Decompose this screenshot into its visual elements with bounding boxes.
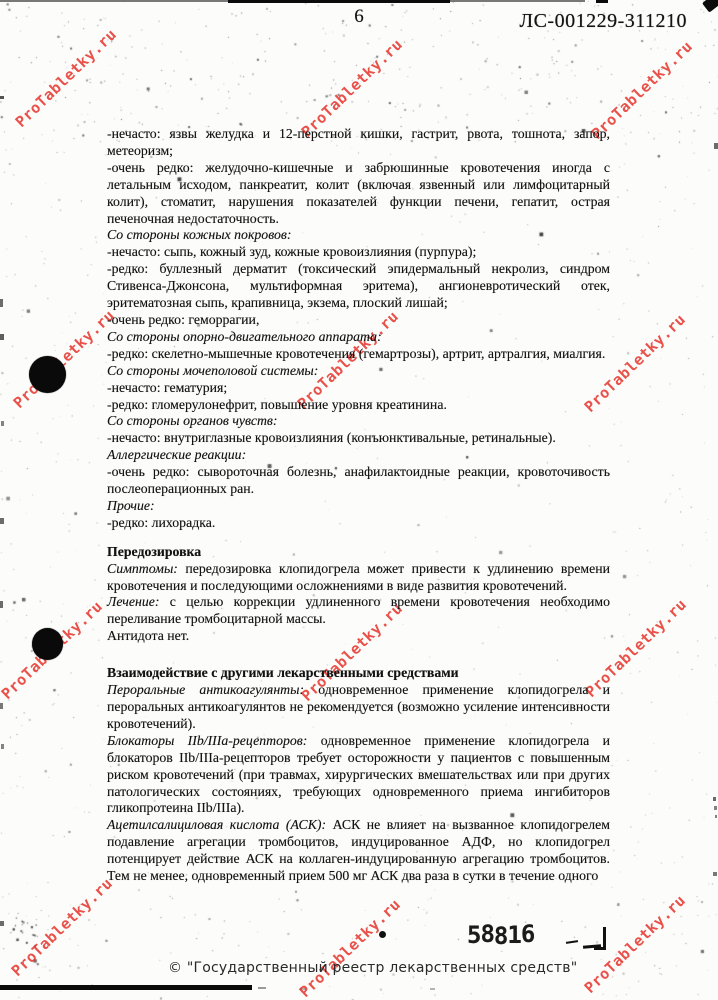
stamp-digit: 5 <box>467 921 480 949</box>
paragraph: Антидота нет. <box>107 628 610 645</box>
paragraph: -нечасто: сыпь, кожный зуд, кожные крово… <box>107 244 610 261</box>
paragraph: Блокаторы IIb/IIIa-рецепторов: одновреме… <box>107 733 610 818</box>
document-text: -нечасто: язвы желудка и 12-перстной киш… <box>107 126 610 885</box>
paragraph: -очень редко: сывороточная болезнь, анаф… <box>107 464 610 498</box>
stamp-digit: 6 <box>521 920 534 948</box>
paragraph: -редко: гломерулонефрит, повышение уровн… <box>107 397 610 414</box>
scanned-page: ProTabletky.ruProTabletky.ruProTabletky.… <box>0 0 718 1000</box>
document-section: Взаимодействие с другими лекарственными … <box>107 665 610 885</box>
stamp-digit: 8 <box>494 922 507 950</box>
watermark-protabletky: ProTabletky.ru <box>10 306 118 412</box>
paragraph: -нечасто: внутриглазные кровоизлияния (к… <box>107 430 610 447</box>
paragraph-lead-italic: Пероральные антикоагулянты: <box>107 682 304 697</box>
watermark-protabletky: ProTabletky.ru <box>12 25 120 131</box>
scan-artifact <box>258 987 266 989</box>
stamp-number: 58816 <box>467 921 534 949</box>
scan-artifact <box>0 96 4 99</box>
scan-artifact <box>0 985 252 990</box>
scan-artifact <box>715 815 717 818</box>
pen-dash <box>594 947 604 950</box>
paragraph: Со стороны мочеполовой системы: <box>107 363 610 380</box>
watermark-protabletky: ProTabletky.ru <box>298 35 406 141</box>
black-dot-marker <box>32 628 63 660</box>
scan-artifact <box>596 0 608 3</box>
scan-artifact <box>430 988 435 990</box>
document-section: -нечасто: язвы желудка и 12-перстной киш… <box>107 126 610 532</box>
paragraph: Со стороны органов чувств: <box>107 413 610 430</box>
paragraph: -очень редко: геморрагии, <box>107 312 610 329</box>
scan-artifact <box>0 601 3 608</box>
section-heading: Взаимодействие с другими лекарственными … <box>107 665 610 682</box>
pen-dash <box>566 940 578 944</box>
paragraph: Прочие: <box>107 498 610 515</box>
scan-artifact <box>0 334 4 340</box>
paragraph: Пероральные антикоагулянты: одновременно… <box>107 682 610 733</box>
stamp-digit: 8 <box>480 920 493 948</box>
section-heading: Передозировка <box>107 544 610 561</box>
paragraph: Симптомы: передозировка клопидогрела мож… <box>107 561 610 595</box>
footer-copyright: © "Государственный реестр лекарственных … <box>168 960 577 976</box>
scan-artifact <box>0 518 4 524</box>
watermark-protabletky: ProTabletky.ru <box>296 895 404 1000</box>
scan-artifact <box>714 806 717 810</box>
watermark-protabletky: ProTabletky.ru <box>8 874 116 980</box>
ink-dot <box>379 931 386 938</box>
paragraph: -редко: лихорадка. <box>107 515 610 532</box>
scan-artifact <box>0 299 3 307</box>
scan-artifact <box>0 921 4 926</box>
scan-artifact <box>1 744 4 749</box>
paragraph: Со стороны кожных покровов: <box>107 227 610 244</box>
paragraph: -нечасто: язвы желудка и 12-перстной киш… <box>107 126 610 160</box>
paragraph: -редко: скелетно-мышечные кровотечения (… <box>107 346 610 363</box>
scan-artifact <box>228 0 450 3</box>
stamp-digit: 1 <box>507 921 520 949</box>
paragraph: -редко: буллезный дерматит (токсический … <box>107 261 610 312</box>
scan-artifact <box>714 143 718 149</box>
paragraph: -очень редко: желудочно-кишечные и забрю… <box>107 160 610 228</box>
registration-number: ЛС-001229-311210 <box>520 10 687 33</box>
paragraph: Аллергические реакции: <box>107 447 610 464</box>
scan-artifact <box>0 703 3 709</box>
paragraph: Ацетилсалициловая кислота (АСК): АСК не … <box>107 817 610 885</box>
paragraph: Со стороны опорно-двигательного аппарата… <box>107 329 610 346</box>
black-dot-marker <box>29 356 66 393</box>
paragraph-lead-italic: Симптомы: <box>107 561 178 576</box>
paragraph-lead-italic: Лечение: <box>107 594 159 609</box>
paragraph: Лечение: с целью коррекции удлиненного в… <box>107 594 610 628</box>
scan-artifact <box>713 872 717 876</box>
scan-artifact <box>1 421 4 426</box>
scan-artifact <box>713 797 716 801</box>
document-section: ПередозировкаСимптомы: передозировка кло… <box>107 544 610 645</box>
paragraph-lead-italic: Блокаторы IIb/IIIa-рецепторов: <box>107 733 307 748</box>
paragraph-lead-italic: Ацетилсалициловая кислота (АСК): <box>107 817 326 832</box>
paragraph: -нечасто: гематурия; <box>107 380 610 397</box>
